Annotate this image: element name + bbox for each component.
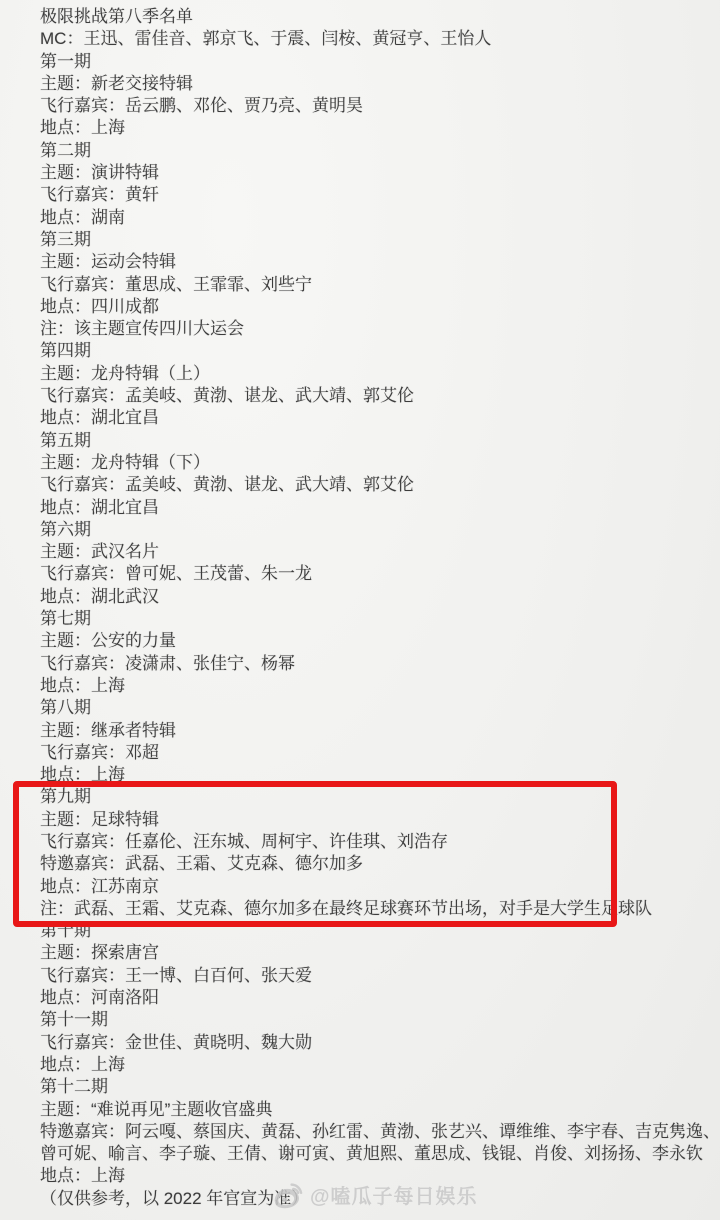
episode-6-location: 地点：湖北武汉 [40,586,712,608]
episode-3-flying-guests: 飞行嘉宾：董思成、王霏霏、刘些宁 [40,274,712,296]
episode-8-theme: 主题：继承者特辑 [40,720,712,742]
episode-1-flying-guests: 飞行嘉宾：岳云鹏、邓伦、贾乃亮、黄明昊 [40,95,712,117]
episode-8-location: 地点：上海 [40,764,712,786]
episode-10-location: 地点：河南洛阳 [40,987,712,1009]
episode-4-heading: 第四期 [40,340,712,362]
weibo-watermark: @嗑瓜子每日娱乐 [272,1180,478,1209]
episode-5-theme: 主题：龙舟特辑（下） [40,452,712,474]
episode-1-heading: 第一期 [40,51,712,73]
episode-7-heading: 第七期 [40,608,712,630]
watermark-handle: @嗑瓜子每日娱乐 [310,1180,478,1209]
episode-11-location: 地点：上海 [40,1054,712,1076]
episode-10-flying-guests: 飞行嘉宾：王一博、白百何、张天爱 [40,965,712,987]
episode-9-special-guests: 特邀嘉宾：武磊、王霜、艾克森、德尔加多 [40,853,712,875]
lineup-document: 极限挑战第八季名单MC：王迅、雷佳音、郭京飞、于震、闫桉、黄冠亨、王怡人第一期主… [0,0,720,1220]
mc-line: MC：王迅、雷佳音、郭京飞、于震、闫桉、黄冠亨、王怡人 [40,28,712,50]
episode-5-location: 地点：湖北宜昌 [40,497,712,519]
episode-5-flying-guests: 飞行嘉宾：孟美岐、黄渤、谌龙、武大靖、郭艾伦 [40,474,712,496]
episode-7-location: 地点：上海 [40,675,712,697]
episode-9-theme: 主题：足球特辑 [40,809,712,831]
episode-3-location: 地点：四川成都 [40,296,712,318]
episode-8-flying-guests: 飞行嘉宾：邓超 [40,742,712,764]
episode-4-location: 地点：湖北宜昌 [40,407,712,429]
document-lines: 极限挑战第八季名单MC：王迅、雷佳音、郭京飞、于震、闫桉、黄冠亨、王怡人第一期主… [40,6,712,1210]
episode-9-heading: 第九期 [40,786,712,808]
episode-4-flying-guests: 飞行嘉宾：孟美岐、黄渤、谌龙、武大靖、郭艾伦 [40,385,712,407]
episode-6-heading: 第六期 [40,519,712,541]
episode-12-guests-continued: 曾可妮、喻言、李子璇、王倩、谢可寅、黄旭熙、董思成、钱锟、肖俊、刘扬扬、李永钦 [40,1143,712,1165]
episode-6-flying-guests: 飞行嘉宾：曾可妮、王茂蕾、朱一龙 [40,563,712,585]
episode-11-heading: 第十一期 [40,1009,712,1031]
episode-3-note: 注：该主题宣传四川大运会 [40,318,712,340]
episode-9-location: 地点：江苏南京 [40,876,712,898]
episode-2-heading: 第二期 [40,140,712,162]
episode-7-theme: 主题：公安的力量 [40,630,712,652]
episode-1-theme: 主题：新老交接特辑 [40,73,712,95]
episode-2-location: 地点：湖南 [40,207,712,229]
episode-12-theme: 主题：“难说再见”主题收官盛典 [40,1099,712,1121]
episode-8-heading: 第八期 [40,697,712,719]
episode-7-flying-guests: 飞行嘉宾：凌潇肃、张佳宁、杨幂 [40,653,712,675]
doc-title: 极限挑战第八季名单 [40,6,712,28]
episode-12-heading: 第十二期 [40,1076,712,1098]
weibo-logo-icon [270,1178,306,1210]
episode-9-note: 注：武磊、王霜、艾克森、德尔加多在最终足球赛环节出场，对手是大学生足球队 [40,898,712,920]
episode-2-theme: 主题：演讲特辑 [40,162,712,184]
episode-2-flying-guests: 飞行嘉宾：黄轩 [40,184,712,206]
episode-10-theme: 主题：探索唐宫 [40,942,712,964]
episode-1-location: 地点：上海 [40,117,712,139]
episode-11-flying-guests: 飞行嘉宾：金世佳、黄晓明、魏大勋 [40,1032,712,1054]
episode-10-heading: 第十期 [40,920,712,942]
episode-9-flying-guests: 飞行嘉宾：任嘉伦、汪东城、周柯宇、许佳琪、刘浩存 [40,831,712,853]
episode-4-theme: 主题：龙舟特辑（上） [40,363,712,385]
episode-3-heading: 第三期 [40,229,712,251]
episode-12-special-guests: 特邀嘉宾：阿云嘎、蔡国庆、黄磊、孙红雷、黄渤、张艺兴、谭维维、李宇春、吉克隽逸、 [40,1121,712,1143]
episode-5-heading: 第五期 [40,430,712,452]
episode-6-theme: 主题：武汉名片 [40,541,712,563]
episode-3-theme: 主题：运动会特辑 [40,251,712,273]
